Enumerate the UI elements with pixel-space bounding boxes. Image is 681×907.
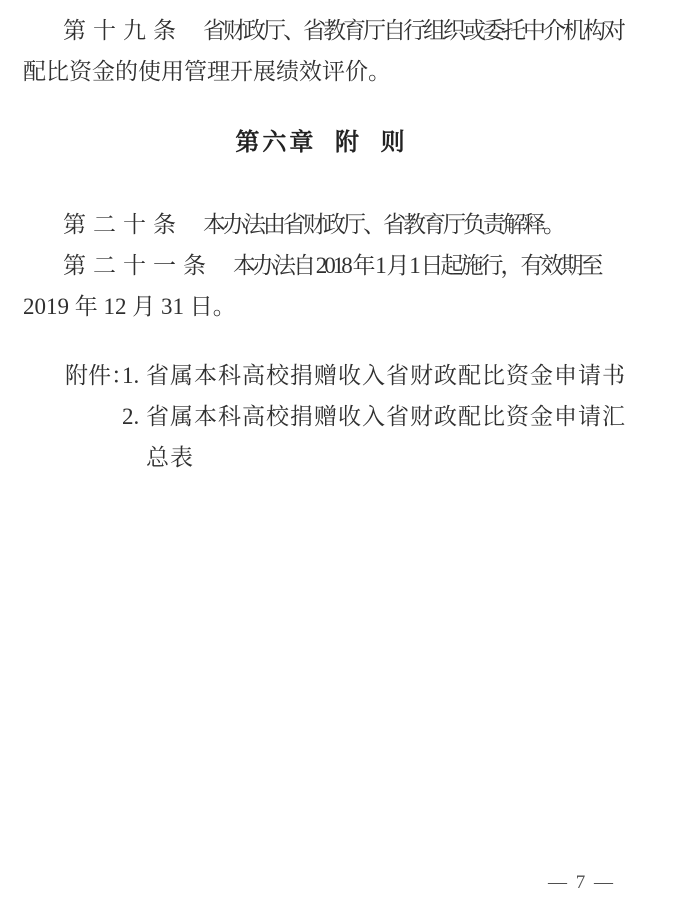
chapter-heading: 第六章 附 则 [23, 122, 620, 163]
page-content: 第十九条 省财政厅、省教育厅自行组织或委托中介机构对 配比资金的使用管理开展绩效… [23, 10, 620, 478]
article-19-line-1: 第十九条 省财政厅、省教育厅自行组织或委托中介机构对 [23, 10, 620, 51]
attachment-item-2-line-2: 总表 [146, 437, 626, 478]
document-page: 第十九条 省财政厅、省教育厅自行组织或委托中介机构对 配比资金的使用管理开展绩效… [0, 0, 681, 907]
article-19: 第十九条 省财政厅、省教育厅自行组织或委托中介机构对 配比资金的使用管理开展绩效… [23, 10, 620, 92]
article-20-line-1-text: 本办法由省财政厅、省教育厅负责解释。 [183, 212, 563, 237]
article-20: 第二十条 本办法由省财政厅、省教育厅负责解释。 [23, 204, 620, 245]
article-20-line-1: 第二十条 本办法由省财政厅、省教育厅负责解释。 [23, 204, 620, 245]
article-21-line-1-text: 本办法自 2018 年 1 月 1 日起施行，有效期至 [213, 253, 601, 278]
article-19-line-1-text: 省财政厅、省教育厅自行组织或委托中介机构对 [183, 18, 623, 43]
attachment-item-1-marker: 1. [122, 355, 146, 396]
attachment-item-2: 2. 省属本科高校捐赠收入省财政配比资金申请汇 总表 [122, 396, 626, 478]
attachment-item-1-line-1: 省属本科高校捐赠收入省财政配比资金申请书 [146, 355, 626, 396]
attachment-item-1-text: 省属本科高校捐赠收入省财政配比资金申请书 [146, 355, 626, 396]
article-20-number: 第二十条 [63, 212, 183, 237]
attachment-item-2-marker: 2. [122, 396, 146, 478]
article-21-line-1: 第二十一条 本办法自 2018 年 1 月 1 日起施行，有效期至 [23, 245, 620, 286]
article-21: 第二十一条 本办法自 2018 年 1 月 1 日起施行，有效期至 2019 年… [23, 245, 620, 327]
article-21-number: 第二十一条 [63, 253, 213, 278]
attachment-item-1: 1. 省属本科高校捐赠收入省财政配比资金申请书 [122, 355, 626, 396]
article-19-line-2: 配比资金的使用管理开展绩效评价。 [23, 51, 620, 92]
page-number: — 7 — [548, 872, 615, 894]
attachments-block: 附件： 1. 省属本科高校捐赠收入省财政配比资金申请书 2. 省属本科高校捐赠收… [23, 355, 620, 478]
article-21-line-2: 2019 年 12 月 31 日。 [23, 286, 620, 327]
article-19-number: 第十九条 [63, 18, 183, 43]
attachment-item-2-text: 省属本科高校捐赠收入省财政配比资金申请汇 总表 [146, 396, 626, 478]
attachments-list: 1. 省属本科高校捐赠收入省财政配比资金申请书 2. 省属本科高校捐赠收入省财政… [122, 355, 626, 478]
attachment-item-2-line-1: 省属本科高校捐赠收入省财政配比资金申请汇 [146, 396, 626, 437]
